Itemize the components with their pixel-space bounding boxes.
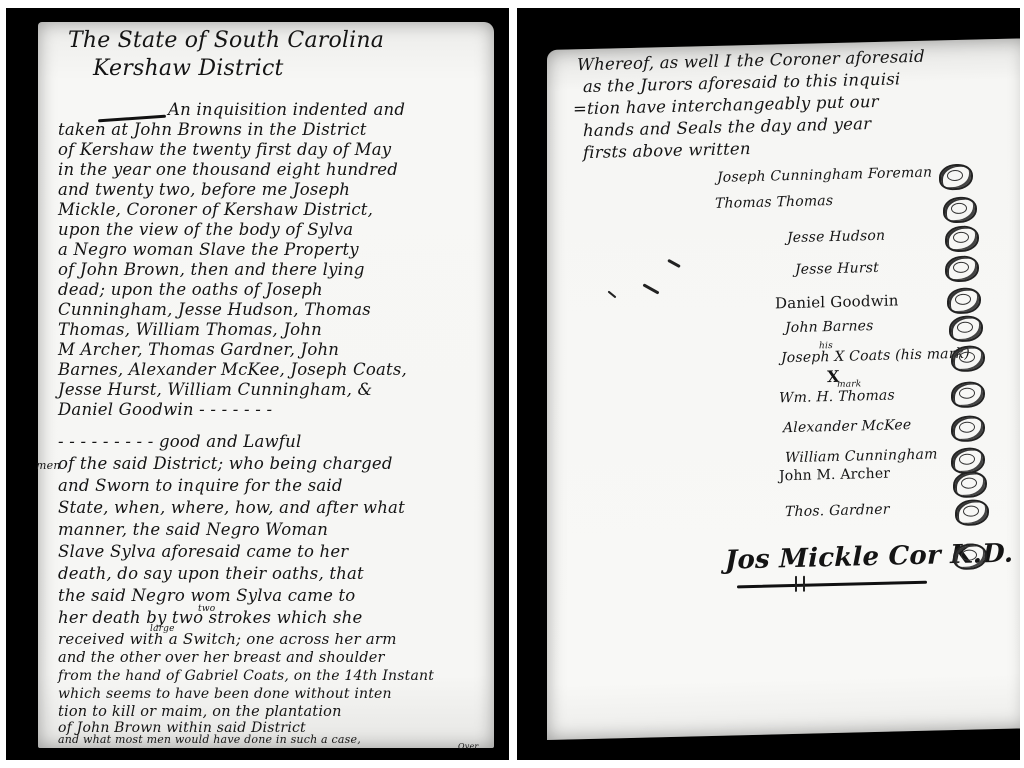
wax-seal-icon: [947, 287, 981, 314]
margin-note: men: [36, 459, 61, 472]
body-line-26: received with a Switch; one across her a…: [58, 630, 397, 648]
signature-john-barnes: John Barnes: [785, 318, 874, 336]
left-page-scan: The State of South Carolina Kershaw Dist…: [6, 8, 509, 760]
body-line-27: and the other over her breast and should…: [58, 650, 385, 666]
flourish-stroke: [803, 576, 805, 592]
signature-jesse-hurst: Jesse Hurst: [795, 260, 879, 278]
page-marker: Over: [458, 742, 478, 751]
body-line-8: a Negro woman Slave the Property: [58, 240, 359, 259]
body-line-21: manner, the said Negro Woman: [58, 520, 328, 539]
wax-seal-icon: [945, 255, 979, 282]
signature-daniel-goodwin: Daniel Goodwin: [775, 291, 899, 312]
signature-joseph-cunningham: Joseph Cunningham Foreman: [717, 165, 932, 186]
body-line-14: Barnes, Alexander McKee, Joseph Coats,: [58, 360, 407, 379]
body-line-18: of the said District; who being charged: [58, 454, 393, 473]
left-page-paper: The State of South Carolina Kershaw Dist…: [38, 22, 494, 748]
body-line-12: Thomas, William Thomas, John: [58, 320, 322, 339]
signature-joseph-coats: Joseph X Coats (his mark): [781, 346, 970, 367]
signature-thomas-thomas: Thomas Thomas: [715, 193, 833, 212]
body-line-1: An inquisition indented and: [168, 100, 405, 119]
ink-mark: [608, 291, 617, 299]
body-line-25: her death by two strokes which she: [58, 608, 362, 627]
body-line-3: of Kershaw the twenty first day of May: [58, 140, 391, 159]
body-line-13: M Archer, Thomas Gardner, John: [58, 340, 339, 359]
body-line-24: the said Negro wom Sylva came to: [58, 586, 355, 605]
body-line-29: which seems to have been done without in…: [58, 686, 392, 702]
right-line-5: firsts above written: [583, 139, 751, 162]
body-line-20: State, when, where, how, and after what: [58, 498, 405, 517]
wax-seal-icon: [953, 471, 987, 498]
wax-seal-icon: [939, 164, 973, 191]
signature-alexander-mckee: Alexander McKee: [783, 417, 911, 436]
body-line-10: dead; upon the oaths of Joseph: [58, 280, 323, 299]
wax-seal-icon: [951, 415, 985, 442]
body-line-30: tion to kill or maim, on the plantation: [58, 704, 342, 720]
body-line-9: of John Brown, then and there lying: [58, 260, 365, 279]
body-line-23: death, do say upon their oaths, that: [58, 564, 364, 583]
wax-seal-icon: [951, 345, 985, 372]
body-line-15: Jesse Hurst, William Cunningham, &: [58, 380, 372, 399]
body-line-28: from the hand of Gabriel Coats, on the 1…: [58, 668, 434, 684]
body-line-7: upon the view of the body of Sylva: [58, 220, 353, 239]
body-line-11: Cunningham, Jesse Hudson, Thomas: [58, 300, 371, 319]
wax-seal-icon: [945, 225, 979, 252]
body-line-17: - - - - - - - - - good and Lawful: [58, 432, 301, 451]
right-page-scan: Whereof, as well I the Coroner aforesaid…: [517, 8, 1020, 760]
right-page-paper: Whereof, as well I the Coroner aforesaid…: [547, 38, 1020, 740]
body-line-19: and Sworn to inquire for the said: [58, 476, 343, 495]
body-line-22: Slave Sylva aforesaid came to her: [58, 542, 348, 561]
signature-john-archer: John M. Archer: [779, 466, 890, 485]
ink-mark: [642, 283, 659, 294]
signature-thos-gardner: Thos. Gardner: [785, 502, 890, 521]
wax-seal-icon: [949, 315, 983, 342]
body-line-2: taken at John Browns in the District: [58, 120, 367, 139]
flourish-stroke: [795, 576, 797, 592]
wax-seal-icon: [951, 447, 985, 474]
ink-mark: [667, 259, 681, 268]
body-line-6: Mickle, Coroner of Kershaw District,: [58, 200, 373, 219]
body-line-5: and twenty two, before me Joseph: [58, 180, 350, 199]
signature-william-cunningham: William Cunningham: [785, 446, 938, 466]
right-line-4: hands and Seals the day and year: [583, 114, 871, 140]
wax-seal-icon: [943, 196, 977, 223]
body-line-32: and what most men would have done in suc…: [58, 733, 361, 746]
signature-jesse-hudson: Jesse Hudson: [787, 228, 885, 246]
signature-wm-thomas: Wm. H. Thomas: [779, 387, 895, 406]
body-line-16: Daniel Goodwin - - - - - - -: [58, 400, 272, 419]
body-line-4: in the year one thousand eight hundred: [58, 160, 398, 179]
wax-seal-icon: [955, 499, 989, 526]
heading-district: Kershaw District: [93, 56, 284, 81]
signature-flourish: [737, 581, 927, 589]
heading-state: The State of South Carolina: [68, 28, 384, 53]
wax-seal-icon: [951, 381, 985, 408]
